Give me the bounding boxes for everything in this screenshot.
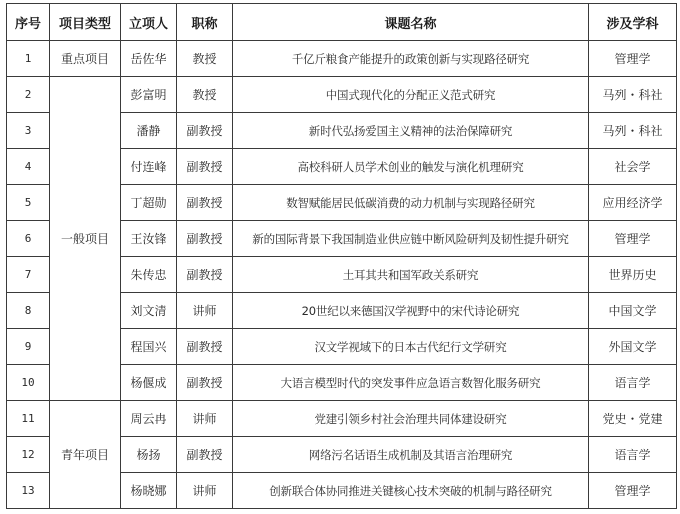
- cell-title: 数智赋能居民低碳消费的动力机制与实现路径研究: [233, 185, 589, 221]
- cell-applicant: 杨晓娜: [121, 473, 177, 509]
- cell-rank: 讲师: [177, 401, 233, 437]
- cell-index: 2: [7, 77, 50, 113]
- cell-applicant: 杨偃成: [121, 365, 177, 401]
- cell-subject: 世界历史: [589, 257, 677, 293]
- cell-index: 8: [7, 293, 50, 329]
- cell-applicant: 彭富明: [121, 77, 177, 113]
- cell-subject: 外国文学: [589, 329, 677, 365]
- cell-index: 6: [7, 221, 50, 257]
- cell-applicant: 刘文清: [121, 293, 177, 329]
- cell-rank: 副教授: [177, 221, 233, 257]
- cell-rank: 副教授: [177, 149, 233, 185]
- cell-rank: 副教授: [177, 437, 233, 473]
- cell-rank: 教授: [177, 41, 233, 77]
- cell-index: 3: [7, 113, 50, 149]
- cell-applicant: 丁超勋: [121, 185, 177, 221]
- cell-project-type: 重点项目: [50, 41, 121, 77]
- cell-rank: 讲师: [177, 473, 233, 509]
- cell-title: 土耳其共和国军政关系研究: [233, 257, 589, 293]
- cell-applicant: 付连峰: [121, 149, 177, 185]
- cell-rank: 教授: [177, 77, 233, 113]
- cell-title: 中国式现代化的分配正义范式研究: [233, 77, 589, 113]
- cell-subject: 马列・科社: [589, 113, 677, 149]
- cell-applicant: 朱传忠: [121, 257, 177, 293]
- cell-index: 9: [7, 329, 50, 365]
- cell-rank: 副教授: [177, 113, 233, 149]
- cell-title: 创新联合体协同推进关键核心技术突破的机制与路径研究: [233, 473, 589, 509]
- cell-title: 高校科研人员学术创业的触发与演化机理研究: [233, 149, 589, 185]
- cell-subject: 语言学: [589, 365, 677, 401]
- cell-applicant: 潘静: [121, 113, 177, 149]
- cell-subject: 应用经济学: [589, 185, 677, 221]
- cell-applicant: 岳佐华: [121, 41, 177, 77]
- header-applicant: 立项人: [121, 4, 177, 41]
- cell-subject: 管理学: [589, 473, 677, 509]
- cell-index: 10: [7, 365, 50, 401]
- cell-subject: 管理学: [589, 221, 677, 257]
- project-table: 序号 项目类型 立项人 职称 课题名称 涉及学科 1 重点项目 岳佐华 教授 千…: [6, 3, 677, 509]
- cell-title: 新时代弘扬爱国主义精神的法治保障研究: [233, 113, 589, 149]
- cell-subject: 社会学: [589, 149, 677, 185]
- cell-title: 新的国际背景下我国制造业供应链中断风险研判及韧性提升研究: [233, 221, 589, 257]
- cell-subject: 中国文学: [589, 293, 677, 329]
- cell-index: 11: [7, 401, 50, 437]
- cell-applicant: 王汝锋: [121, 221, 177, 257]
- header-subject: 涉及学科: [589, 4, 677, 41]
- cell-project-type: 一般项目: [50, 77, 121, 401]
- header-index: 序号: [7, 4, 50, 41]
- cell-index: 1: [7, 41, 50, 77]
- cell-subject: 马列・科社: [589, 77, 677, 113]
- table-row: 2 一般项目 彭富明 教授 中国式现代化的分配正义范式研究 马列・科社: [7, 77, 677, 113]
- cell-title: 千亿斤粮食产能提升的政策创新与实现路径研究: [233, 41, 589, 77]
- cell-applicant: 杨扬: [121, 437, 177, 473]
- cell-title: 20世纪以来德国汉学视野中的宋代诗论研究: [233, 293, 589, 329]
- table-row: 11 青年项目 周云冉 讲师 党建引领乡村社会治理共同体建设研究 党史・党建: [7, 401, 677, 437]
- cell-applicant: 周云冉: [121, 401, 177, 437]
- header-title: 课题名称: [233, 4, 589, 41]
- cell-rank: 副教授: [177, 329, 233, 365]
- cell-index: 5: [7, 185, 50, 221]
- cell-rank: 讲师: [177, 293, 233, 329]
- cell-title: 汉文学视域下的日本古代纪行文学研究: [233, 329, 589, 365]
- cell-title: 党建引领乡村社会治理共同体建设研究: [233, 401, 589, 437]
- cell-subject: 语言学: [589, 437, 677, 473]
- cell-subject: 党史・党建: [589, 401, 677, 437]
- cell-rank: 副教授: [177, 365, 233, 401]
- cell-index: 13: [7, 473, 50, 509]
- cell-project-type: 青年项目: [50, 401, 121, 509]
- cell-title: 网络污名话语生成机制及其语言治理研究: [233, 437, 589, 473]
- cell-index: 12: [7, 437, 50, 473]
- header-project-type: 项目类型: [50, 4, 121, 41]
- cell-applicant: 程国兴: [121, 329, 177, 365]
- cell-title: 大语言模型时代的突发事件应急语言数智化服务研究: [233, 365, 589, 401]
- header-rank: 职称: [177, 4, 233, 41]
- header-row: 序号 项目类型 立项人 职称 课题名称 涉及学科: [7, 4, 677, 41]
- cell-rank: 副教授: [177, 185, 233, 221]
- cell-index: 4: [7, 149, 50, 185]
- cell-index: 7: [7, 257, 50, 293]
- cell-subject: 管理学: [589, 41, 677, 77]
- cell-rank: 副教授: [177, 257, 233, 293]
- table-row: 1 重点项目 岳佐华 教授 千亿斤粮食产能提升的政策创新与实现路径研究 管理学: [7, 41, 677, 77]
